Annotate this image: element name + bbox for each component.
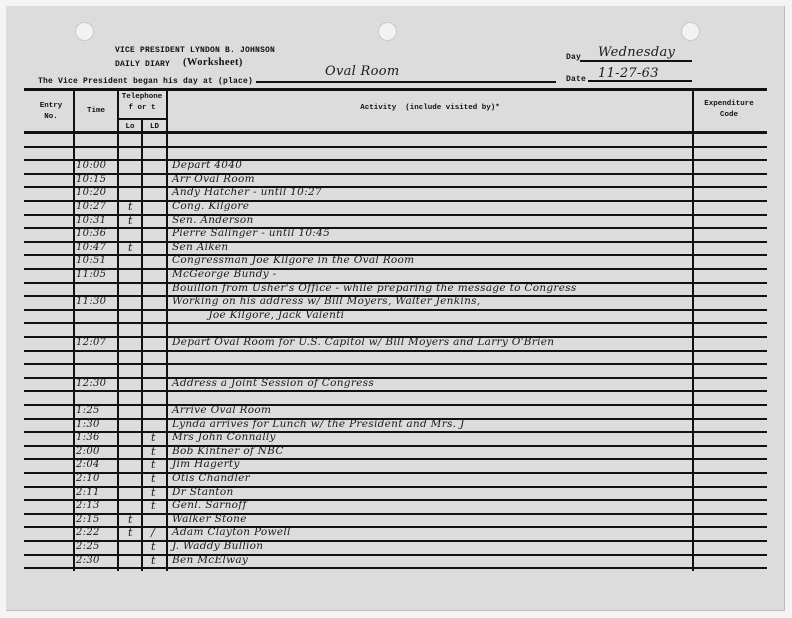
row-rule [24,390,767,392]
row-activity: Address a Joint Session of Congress [172,377,374,390]
row-rule [24,309,767,311]
row-rule [24,567,767,569]
day-label: Day [566,53,581,62]
row-rule [24,458,767,460]
row-rule [24,241,767,243]
row-activity: Joe Kilgore, Jack Valenti [172,309,344,322]
row-time: 2:30 [76,554,100,567]
row-rule [24,214,767,216]
row-rule [24,186,767,188]
form-subtitle-worksheet: (Worksheet) [183,57,243,68]
row-activity: Depart 4040 [172,159,242,172]
header-activity: Activity (include visited by)* [168,103,692,114]
row-time: 10:27 [76,200,106,213]
header-entry-no: Entry No. [34,101,68,123]
row-phone-ld: t [151,472,156,485]
row-rule [24,146,767,148]
row-time: 10:47 [76,241,106,254]
row-rule [24,513,767,515]
row-rule [24,499,767,501]
row-time: 1:30 [76,418,100,431]
row-time: 2:04 [76,458,100,471]
row-time: 2:25 [76,540,100,553]
row-phone-ld: / [151,526,155,539]
row-activity: Working on his address w/ Bill Moyers, W… [172,295,480,308]
telephone-subheader-line [118,118,167,120]
place-value: Oval Room [325,64,400,79]
row-time: 11:30 [76,295,106,308]
row-time: 1:25 [76,404,100,417]
row-rule [24,159,767,161]
row-rule [24,322,767,324]
row-time: 10:36 [76,227,106,240]
row-phone-ld: t [151,540,156,553]
row-activity: Bob Kintner of NBC [172,445,284,458]
row-activity: Genl. Sarnoff [172,499,247,512]
row-time: 10:20 [76,186,106,199]
row-rule [24,363,767,365]
row-phone-lo: t [128,214,133,227]
row-activity: Congressman Joe Kilgore in the Oval Room [172,254,414,267]
row-time: 10:51 [76,254,106,267]
row-activity: J. Waddy Bullion [172,540,263,553]
day-value: Wednesday [598,45,675,60]
date-label: Date [566,75,586,84]
row-phone-lo: t [128,513,133,526]
row-time: 2:15 [76,513,100,526]
row-activity: Sen Aiken [172,241,229,254]
row-rule [24,554,767,556]
header-ld: LD [143,122,166,133]
row-activity: Bouillon from Usher's Office - while pre… [172,282,577,295]
row-rule [24,350,767,352]
row-activity: Mrs John Connally [172,431,276,444]
row-activity: Cong. Kilgore [172,200,249,213]
row-activity: Depart Oval Room for U.S. Capitol w/ Bil… [172,336,554,349]
header-telephone: Telephone f or t [118,92,166,114]
row-time: 12:07 [76,336,106,349]
row-activity: Adam Clayton Powell [172,526,291,539]
punch-hole-right [681,22,700,41]
header-lo: Lo [118,122,142,133]
row-rule [24,472,767,474]
header-time: Time [75,106,117,117]
row-time: 12:30 [76,377,106,390]
day-underline [580,60,692,62]
date-value: 11-27-63 [598,66,659,81]
row-rule [24,268,767,270]
row-rule [24,227,767,229]
place-underline [256,81,556,83]
row-time: 2:13 [76,499,100,512]
row-activity: Jim Hagerty [172,458,240,471]
row-activity: Arr Oval Room [172,173,255,186]
row-phone-ld: t [151,458,156,471]
row-phone-lo: t [128,241,133,254]
header-expenditure-code: Expenditure Code [696,99,762,121]
row-activity: Walker Stone [172,513,247,526]
row-phone-lo: t [128,200,133,213]
row-time: 1:36 [76,431,100,444]
row-rule [24,173,767,175]
form-title: VICE PRESIDENT LYNDON B. JOHNSON [115,46,275,55]
punch-hole-left [75,22,94,41]
row-phone-ld: t [151,499,156,512]
row-rule [24,404,767,406]
row-rule [24,431,767,433]
table-top-border [24,88,767,91]
row-time: 10:00 [76,159,106,172]
row-activity: McGeorge Bundy - [172,268,276,281]
form-subtitle: DAILY DIARY [115,60,170,69]
row-activity: Ben McElway [172,554,248,567]
row-phone-ld: t [151,431,156,444]
punch-hole-center [378,22,397,41]
row-time: 2:22 [76,526,100,539]
row-rule [24,486,767,488]
row-rule [24,377,767,379]
row-phone-lo: t [128,526,133,539]
place-label: The Vice President began his day at (pla… [38,77,253,86]
row-activity: Arrive Oval Room [172,404,271,417]
row-time: 2:11 [76,486,100,499]
row-phone-ld: t [151,554,156,567]
row-rule [24,200,767,202]
row-activity: Dr Stanton [172,486,234,499]
row-time: 2:00 [76,445,100,458]
row-time: 11:05 [76,268,106,281]
row-rule [24,445,767,447]
row-activity: Pierre Salinger - until 10:45 [172,227,330,240]
row-rule [24,540,767,542]
row-activity: Andy Hatcher - until 10:27 [172,186,322,199]
row-rule [24,526,767,528]
row-time: 2:10 [76,472,100,485]
row-activity: Lynda arrives for Lunch w/ the President… [172,418,465,431]
row-phone-ld: t [151,486,156,499]
row-phone-ld: t [151,445,156,458]
row-activity: Sen. Anderson [172,214,254,227]
row-activity: Otis Chandler [172,472,250,485]
row-time: 10:31 [76,214,106,227]
row-time: 10:15 [76,173,106,186]
